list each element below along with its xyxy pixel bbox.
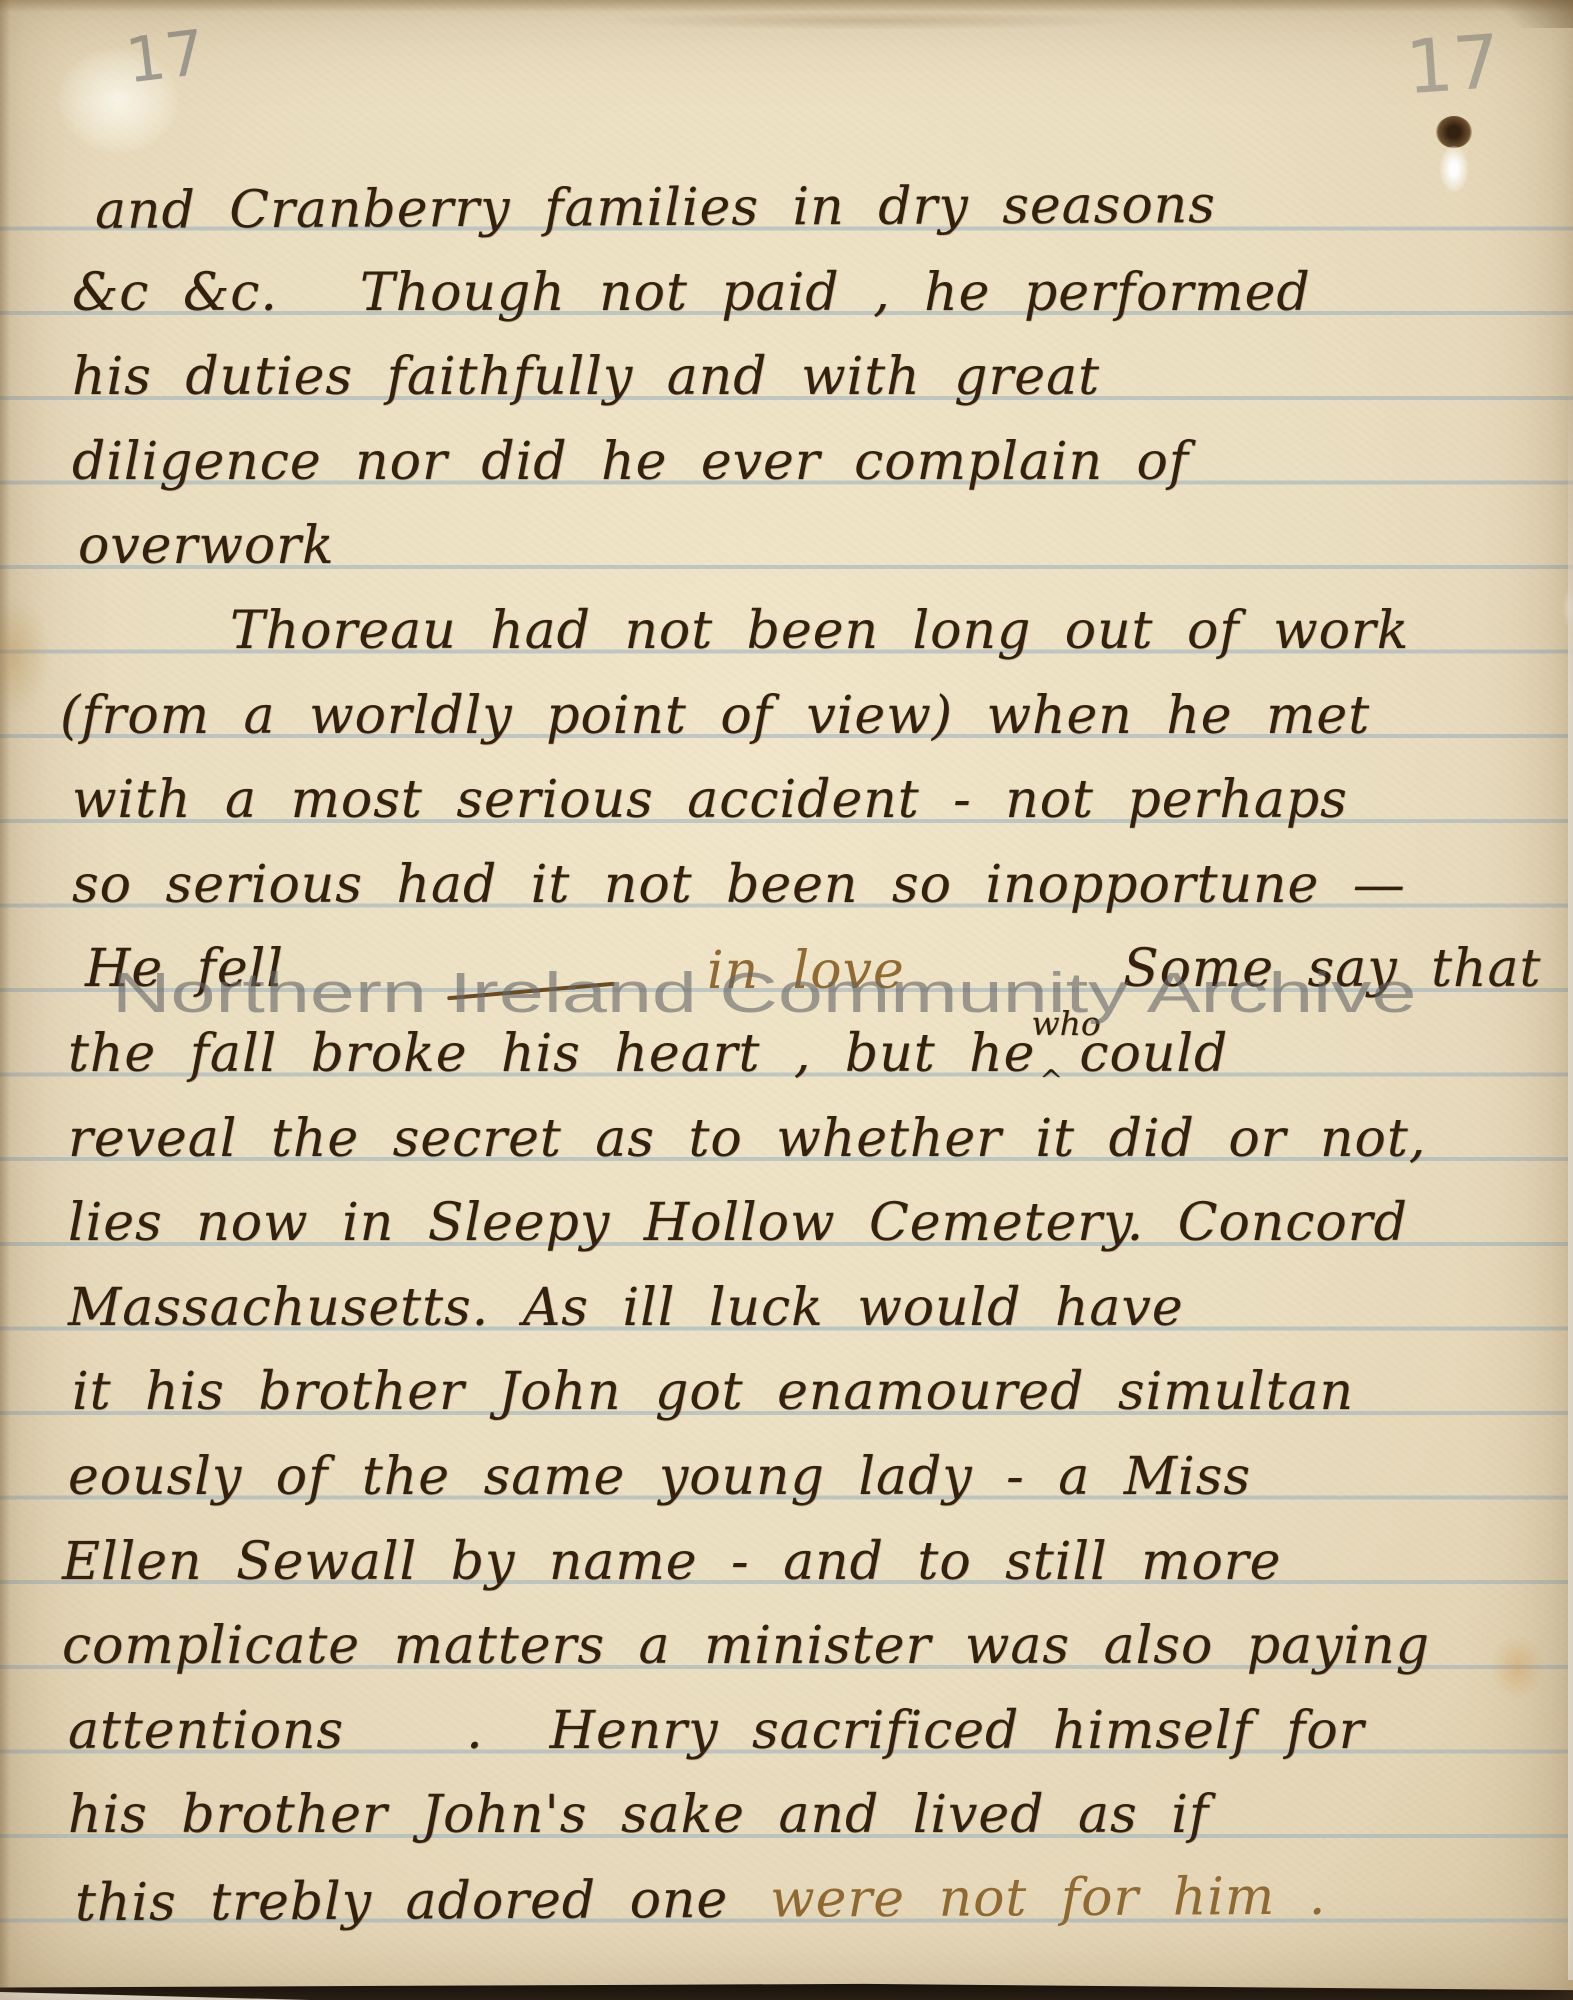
- manuscript-page: 17 17 and Cranberry families in dry seas…: [0, 0, 1573, 2000]
- line-text: Though not paid , he performed: [360, 263, 1311, 323]
- line-text: the fall broke his heart , but he: [68, 1024, 1035, 1084]
- page-bottom-edge: [0, 1974, 1573, 2000]
- line-text: attentions: [68, 1701, 344, 1761]
- handwritten-line: this trebly adored onewere not for him .: [75, 1871, 1327, 1930]
- paper-top-edge: [0, 0, 1573, 12]
- caret-mark: ^: [1039, 1067, 1063, 1095]
- paper-edge-notch: [1563, 588, 1573, 628]
- page-number-pencil-left: 17: [123, 21, 209, 92]
- line-text: complicate matters a minister was also p…: [62, 1616, 1430, 1676]
- line-text: diligence nor did he ever complain of: [72, 432, 1189, 492]
- line-text: eously of the same young lady - a Miss: [68, 1447, 1251, 1507]
- page-number-pencil-right: 17: [1404, 25, 1503, 105]
- line-text: reveal the secret as to whether it did o…: [68, 1109, 1426, 1169]
- line-text: Henry sacrificed himself for: [550, 1701, 1365, 1761]
- line-text: so serious had it not been so inopportun…: [72, 855, 1406, 915]
- line-text: his duties faithfully and with great: [72, 347, 1100, 407]
- handwritten-line: the fall broke his heart , but hewho^cou…: [68, 1028, 1228, 1080]
- handwritten-line: Massachusetts. As ill luck would have: [68, 1282, 1184, 1334]
- line-text-faded: were not for him .: [770, 1867, 1326, 1930]
- handwritten-line: attentions.Henry sacrificed himself for: [68, 1705, 1365, 1757]
- paper-stain: [1490, 1635, 1545, 1700]
- line-text: could: [1079, 1024, 1228, 1084]
- handwritten-line: diligence nor did he ever complain of: [72, 436, 1189, 488]
- archive-watermark: Northern Ireland Community Archive: [112, 960, 1417, 1026]
- pin-hole-tear: [1440, 146, 1468, 192]
- line-text: his brother John's sake and lived as if: [68, 1785, 1209, 1845]
- line-text: Massachusetts. As ill luck would have: [68, 1278, 1184, 1338]
- handwritten-line: reveal the secret as to whether it did o…: [68, 1113, 1426, 1165]
- paper-left-edge: [0, 0, 10, 2000]
- handwritten-line: (from a worldly point of view) when he m…: [60, 690, 1370, 742]
- handwritten-line: eously of the same young lady - a Miss: [68, 1451, 1251, 1503]
- handwritten-line: overwork: [78, 520, 335, 572]
- handwritten-line: it his brother John got enamoured simult…: [72, 1366, 1354, 1418]
- line-text: overwork: [78, 516, 335, 576]
- handwritten-line: so serious had it not been so inopportun…: [72, 859, 1406, 911]
- pin-hole: [1436, 116, 1472, 148]
- period-mark: .: [466, 1701, 484, 1761]
- handwritten-line: and Cranberry families in dry seasons: [95, 179, 1216, 237]
- handwritten-line: his duties faithfully and with great: [72, 351, 1100, 403]
- line-text: it his brother John got enamoured simult…: [72, 1362, 1354, 1422]
- line-text: Ellen Sewall by name - and to still more: [62, 1532, 1281, 1592]
- line-text: (from a worldly point of view) when he m…: [60, 686, 1370, 746]
- line-text: this trebly adored one: [75, 1870, 729, 1933]
- handwritten-line: with a most serious accident - not perha…: [72, 774, 1348, 826]
- line-text: and Cranberry families in dry seasons: [95, 175, 1216, 241]
- line-text: Thoreau had not been long out of work: [230, 601, 1409, 661]
- paper-stain: [0, 595, 51, 715]
- handwritten-line: his brother John's sake and lived as if: [68, 1789, 1209, 1841]
- paper-crease: [600, 12, 1140, 30]
- line-abbreviation: &c &c.: [72, 263, 278, 323]
- line-text: with a most serious accident - not perha…: [72, 770, 1348, 830]
- handwritten-line: Thoreau had not been long out of work: [230, 605, 1409, 657]
- handwritten-line: complicate matters a minister was also p…: [62, 1620, 1430, 1672]
- handwritten-line: Ellen Sewall by name - and to still more: [62, 1536, 1281, 1588]
- handwritten-line: lies now in Sleepy Hollow Cemetery. Conc…: [68, 1197, 1408, 1249]
- handwritten-line: &c &c.Though not paid , he performed: [72, 267, 1311, 319]
- insertion-mark: who^: [1035, 1063, 1075, 1071]
- line-text: lies now in Sleepy Hollow Cemetery. Conc…: [68, 1193, 1408, 1253]
